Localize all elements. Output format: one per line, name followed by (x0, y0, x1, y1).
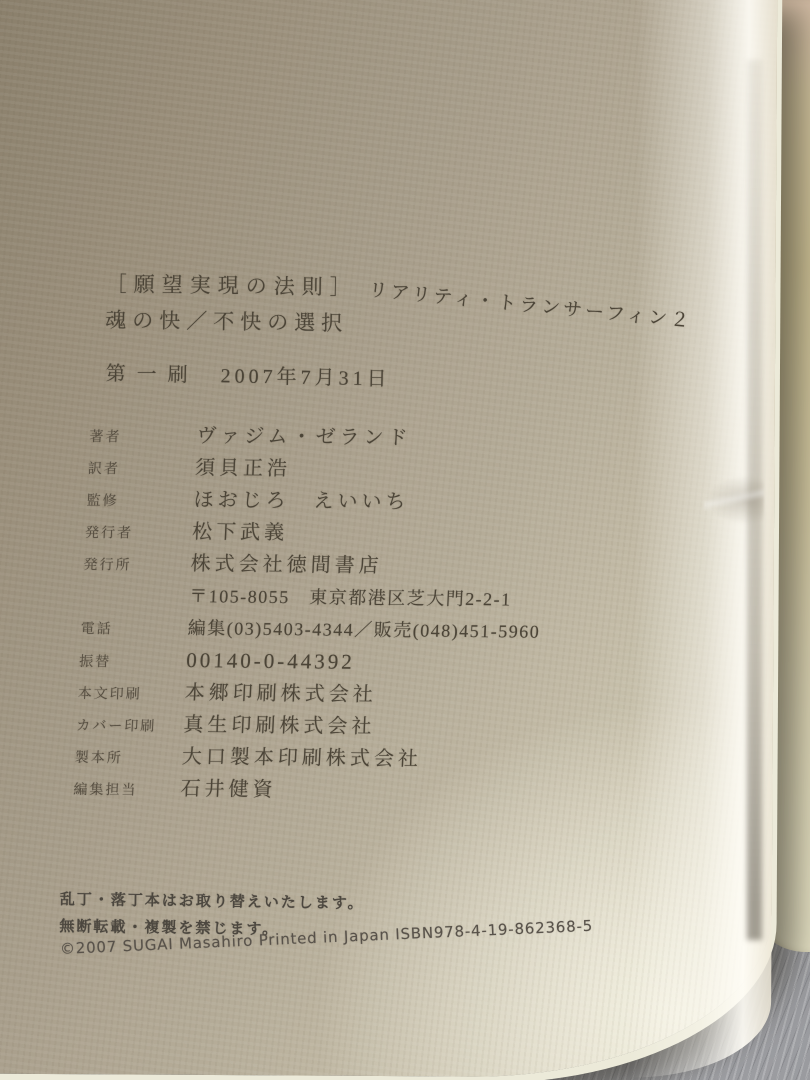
row-value: 須貝正浩 (195, 457, 292, 480)
note-returns: 乱丁・落丁本はお取り替えいたします。 (60, 886, 365, 917)
row-label: 著者 (89, 426, 197, 447)
colophon-row-translator: 訳者 須貝正浩 (88, 456, 709, 484)
row-value: ほおじろ えいいち (193, 489, 410, 513)
row-value: 真生印刷株式会社 (183, 714, 376, 738)
colophon-row-address: 〒105-8055 東京都港区芝大門2-2-1 (82, 584, 703, 612)
colophon-row-phone: 電話 編集(03)5403-4344／販売(048)451-5960 (80, 616, 701, 644)
row-value: 00140-0-44392 (186, 649, 355, 673)
edition-date: 2007年7月31日 (220, 365, 390, 390)
row-label: 製本所 (74, 747, 182, 768)
row-label: 発行者 (85, 522, 193, 543)
row-label: カバー印刷 (76, 715, 184, 736)
colophon-row-bindery: 製本所 大口製本印刷株式会社 (74, 745, 695, 773)
row-value: 〒105-8055 東京都港区芝大門2-2-1 (189, 585, 512, 610)
row-label: 本文印刷 (77, 683, 185, 704)
row-value: 株式会社徳間書店 (190, 553, 383, 577)
edition-line: 第一刷2007年7月31日 (105, 357, 391, 391)
colophon-row-postal-transfer: 振替 00140-0-44392 (79, 648, 700, 677)
row-value: 石井健資 (180, 778, 277, 801)
colophon-row-supervisor: 監修 ほおじろ えいいち (86, 488, 707, 516)
page-crease (704, 474, 764, 524)
colophon-row-editor: 編集担当 石井健資 (73, 777, 694, 805)
row-label: 監修 (86, 490, 194, 511)
row-label: 訳者 (88, 458, 196, 479)
colophon-list: 著者 ヴァジム・ゼランド 訳者 須貝正浩 監修 ほおじろ えいいち 発行者 松下… (73, 424, 710, 815)
colophon-row-cover-printing: カバー印刷 真生印刷株式会社 (76, 713, 697, 741)
series-title: ［願望実現の法則］ (106, 268, 358, 302)
row-label: 発行所 (83, 554, 191, 575)
row-label (82, 601, 189, 602)
row-value: 大口製本印刷株式会社 (181, 746, 422, 771)
row-label: 編集担当 (73, 779, 181, 800)
row-value: 編集(03)5403-4344／販売(048)451-5960 (187, 617, 540, 643)
row-label: 振替 (79, 651, 187, 672)
row-value: 本郷印刷株式会社 (184, 682, 377, 706)
row-value: ヴァジム・ゼランド (196, 425, 412, 449)
colophon-row-text-printing: 本文印刷 本郷印刷株式会社 (77, 681, 698, 709)
edition-label: 第一刷 (105, 363, 198, 387)
colophon-row-publisher-person: 発行者 松下武義 (85, 520, 706, 548)
colophon-row-publishing-house: 発行所 株式会社徳間書店 (83, 552, 704, 580)
book-colophon-photo: ［願望実現の法則］ リアリティ・トランサーフィン２ 魂の快／不快の選択 第一刷2… (0, 0, 810, 1080)
row-value: 松下武義 (192, 521, 289, 544)
title-block: ［願望実現の法則］ リアリティ・トランサーフィン２ 魂の快／不快の選択 (105, 268, 693, 342)
row-label: 電話 (80, 618, 188, 639)
